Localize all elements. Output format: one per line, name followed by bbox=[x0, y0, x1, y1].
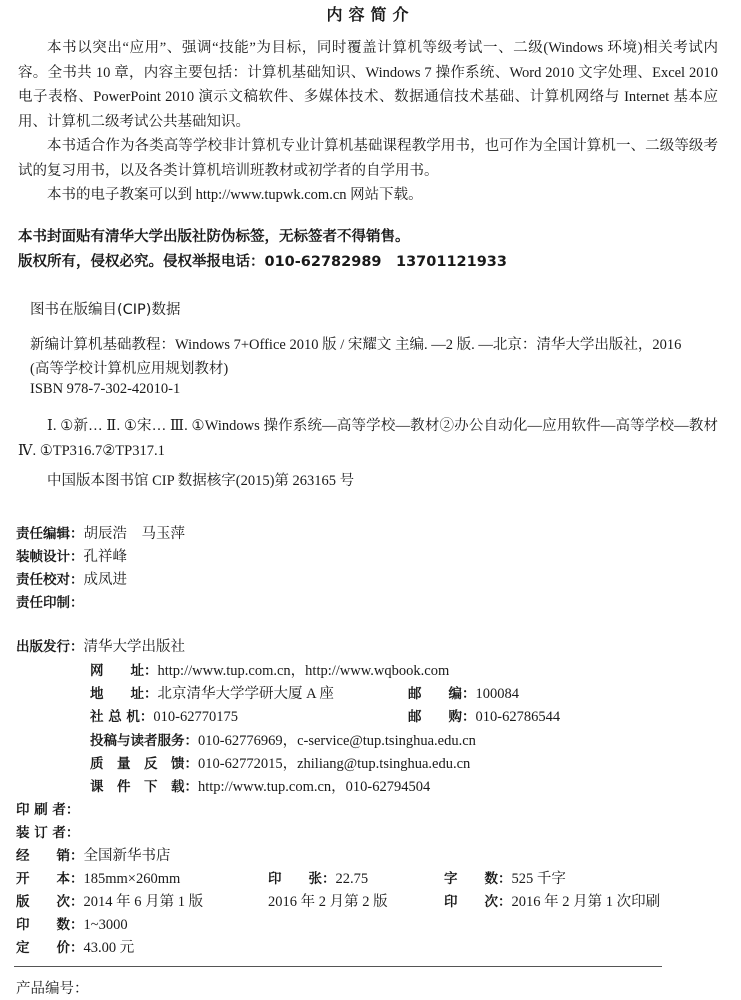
word-count-row: 字 数：525 千字 bbox=[444, 868, 566, 891]
publisher-address-row: 地 址：北京清华大学学研大厦 A 座 bbox=[90, 683, 334, 706]
staff-editor-label: 责任编辑： bbox=[16, 526, 84, 542]
download-label: 课 件 下 载： bbox=[90, 779, 198, 795]
copyright-notice: 版权所有，侵权必究。侵权举报电话：010-62782989 1370112193… bbox=[18, 250, 507, 271]
publisher-website-row: 网 址：http://www.tup.com.cn，http://www.wqb… bbox=[90, 660, 449, 683]
cip-heading: 图书在版编目(CIP)数据 bbox=[30, 298, 180, 319]
publisher-switchboard-row: 社 总 机：010-62770175 bbox=[90, 706, 238, 729]
word-count-label: 字 数： bbox=[444, 871, 512, 887]
distributor-value: 全国新华书店 bbox=[84, 848, 171, 864]
cip-isbn: ISBN 978-7-302-42010-1 bbox=[30, 381, 180, 398]
edition-value-2: 2016 年 2 月第 2 版 bbox=[268, 894, 388, 910]
publisher-label: 出版发行： bbox=[16, 639, 84, 655]
mailorder-value: 010-62786544 bbox=[476, 709, 561, 725]
page-title: 内容简介 bbox=[0, 2, 741, 25]
cip-title-line: 新编计算机基础教程：Windows 7+Office 2010 版 / 宋耀文 … bbox=[30, 333, 681, 354]
price-value: 43.00 元 bbox=[84, 940, 135, 956]
format-label: 开 本： bbox=[16, 871, 84, 887]
reader-service-label: 投稿与读者服务： bbox=[90, 733, 198, 749]
website-value: http://www.tup.com.cn，http://www.wqbook.… bbox=[158, 663, 450, 679]
binder-label: 装 订 者： bbox=[16, 825, 79, 841]
printer-label: 印 刷 者： bbox=[16, 802, 79, 818]
product-code-label: 产品编号： bbox=[16, 978, 89, 1000]
switchboard-label: 社 总 机： bbox=[90, 709, 153, 725]
reader-service-row: 投稿与读者服务：010-62776969，c-service@tup.tsing… bbox=[90, 730, 476, 753]
mailorder-label: 邮 购： bbox=[408, 709, 476, 725]
edition-value-1: 2014 年 6 月第 1 版 bbox=[84, 894, 204, 910]
cip-series-line: (高等学校计算机应用规划教材) bbox=[30, 357, 228, 378]
summary-paragraph-3: 本书的电子教案可以到 http://www.tupwk.com.cn 网站下载。 bbox=[18, 183, 718, 208]
download-value: http://www.tup.com.cn，010-62794504 bbox=[198, 779, 430, 795]
feedback-value: 010-62772015，zhiliang@tup.tsinghua.edu.c… bbox=[198, 756, 470, 772]
staff-proofreader-value: 成凤进 bbox=[84, 572, 128, 588]
cip-approval-number: 中国版本图书馆 CIP 数据核字(2015)第 263165 号 bbox=[47, 469, 354, 490]
postcode-label: 邮 编： bbox=[408, 686, 476, 702]
staff-editor-value: 胡辰浩 马玉萍 bbox=[84, 526, 186, 542]
staff-editor: 责任编辑：胡辰浩 马玉萍 bbox=[16, 523, 185, 546]
publisher-postcode-row: 邮 编：100084 bbox=[408, 683, 519, 706]
courseware-download-row: 课 件 下 载：http://www.tup.com.cn，010-627945… bbox=[90, 776, 430, 799]
postcode-value: 100084 bbox=[476, 686, 520, 702]
distributor-row: 经 销：全国新华书店 bbox=[16, 845, 171, 868]
edition-label: 版 次： bbox=[16, 894, 84, 910]
switchboard-value: 010-62770175 bbox=[153, 709, 238, 725]
divider-rule bbox=[14, 966, 662, 967]
edition-row: 版 次：2014 年 6 月第 1 版 bbox=[16, 891, 203, 914]
cip-classification: Ⅰ. ①新… Ⅱ. ①宋… Ⅲ. ①Windows 操作系统—高等学校—教材②办… bbox=[18, 414, 718, 463]
publisher-name: 清华大学出版社 bbox=[84, 639, 186, 655]
feedback-label: 质 量 反 馈： bbox=[90, 756, 198, 772]
feedback-row: 质 量 反 馈：010-62772015，zhiliang@tup.tsingh… bbox=[90, 753, 470, 776]
publisher-row: 出版发行：清华大学出版社 bbox=[16, 636, 185, 659]
anti-counterfeit-notice: 本书封面贴有清华大学出版社防伪标签，无标签者不得销售。 bbox=[18, 225, 410, 246]
price-row: 定 价：43.00 元 bbox=[16, 937, 134, 960]
edition-second-row: 2016 年 2 月第 2 版 bbox=[268, 891, 388, 914]
printing-value: 2016 年 2 月第 1 次印刷 bbox=[512, 894, 661, 910]
website-label: 网 址： bbox=[90, 663, 158, 679]
publisher-mailorder-row: 邮 购：010-62786544 bbox=[408, 706, 560, 729]
print-run-label: 印 数： bbox=[16, 917, 84, 933]
printing-label: 印 次： bbox=[444, 894, 512, 910]
printing-row: 印 次：2016 年 2 月第 1 次印刷 bbox=[444, 891, 660, 914]
staff-proofreader: 责任校对：成凤进 bbox=[16, 569, 127, 592]
staff-designer: 装帧设计：孔祥峰 bbox=[16, 546, 127, 569]
word-count-value: 525 千字 bbox=[512, 871, 566, 887]
address-value: 北京清华大学学研大厦 A 座 bbox=[158, 686, 334, 702]
print-run-row: 印 数：1~3000 bbox=[16, 914, 128, 937]
staff-printing-label: 责任印制： bbox=[16, 595, 84, 611]
address-label: 地 址： bbox=[90, 686, 158, 702]
staff-printing-supervisor: 责任印制： bbox=[16, 592, 84, 615]
distributor-label: 经 销： bbox=[16, 848, 84, 864]
summary-paragraph-2: 本书适合作为各类高等学校非计算机专业计算机基础课程教学用书，也可作为全国计算机一… bbox=[18, 134, 718, 183]
sheets-row: 印 张：22.75 bbox=[268, 868, 368, 891]
staff-designer-label: 装帧设计： bbox=[16, 549, 84, 565]
binder-row: 装 订 者： bbox=[16, 822, 79, 845]
reader-service-value: 010-62776969，c-service@tup.tsinghua.edu.… bbox=[198, 733, 476, 749]
sheets-value: 22.75 bbox=[336, 871, 369, 887]
print-run-value: 1~3000 bbox=[84, 917, 128, 933]
format-value: 185mm×260mm bbox=[84, 871, 181, 887]
format-row: 开 本：185mm×260mm bbox=[16, 868, 180, 891]
printer-row: 印 刷 者： bbox=[16, 799, 79, 822]
staff-designer-value: 孔祥峰 bbox=[84, 549, 128, 565]
staff-proofreader-label: 责任校对： bbox=[16, 572, 84, 588]
sheets-label: 印 张： bbox=[268, 871, 336, 887]
summary-paragraph-1: 本书以突出“应用”、强调“技能”为目标，同时覆盖计算机等级考试一、二级(Wind… bbox=[18, 36, 718, 134]
price-label: 定 价： bbox=[16, 940, 84, 956]
